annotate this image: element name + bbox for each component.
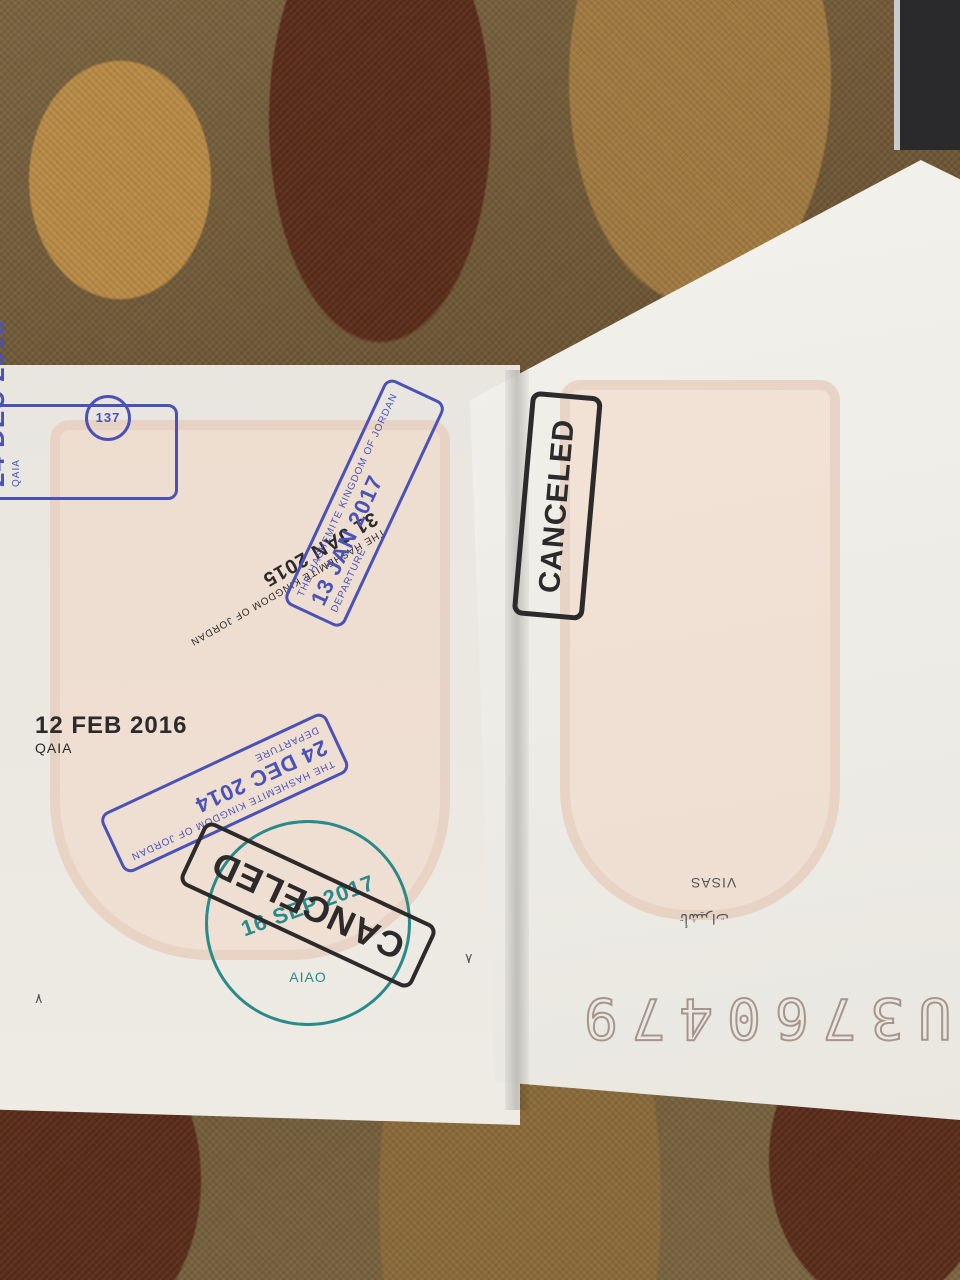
stamp-date: 12 FEB 2016 xyxy=(35,712,187,740)
page-label-visas: VISAS xyxy=(690,875,736,891)
stamp-place: QAIA xyxy=(35,740,187,756)
page-number-left: ٨ xyxy=(35,990,43,1007)
laptop-corner xyxy=(894,0,960,150)
stamp-number-circle: 137 xyxy=(85,395,131,441)
stamp-text: CANCELED xyxy=(533,418,581,595)
page-label-arabic: تأشيرات xyxy=(680,910,729,927)
visa-frame-right xyxy=(560,380,840,920)
stamp-date: 24 DEC 2015 xyxy=(0,417,11,487)
passport-number-perforation: NU3760479 xyxy=(570,985,960,1050)
stamp-place: QAIA xyxy=(11,417,22,487)
stamp-number: 137 xyxy=(96,410,121,425)
page-number-right-edge: ٧ xyxy=(465,950,473,967)
stamp-feb-2016: 12 FEB 2016 QAIA xyxy=(35,712,187,756)
